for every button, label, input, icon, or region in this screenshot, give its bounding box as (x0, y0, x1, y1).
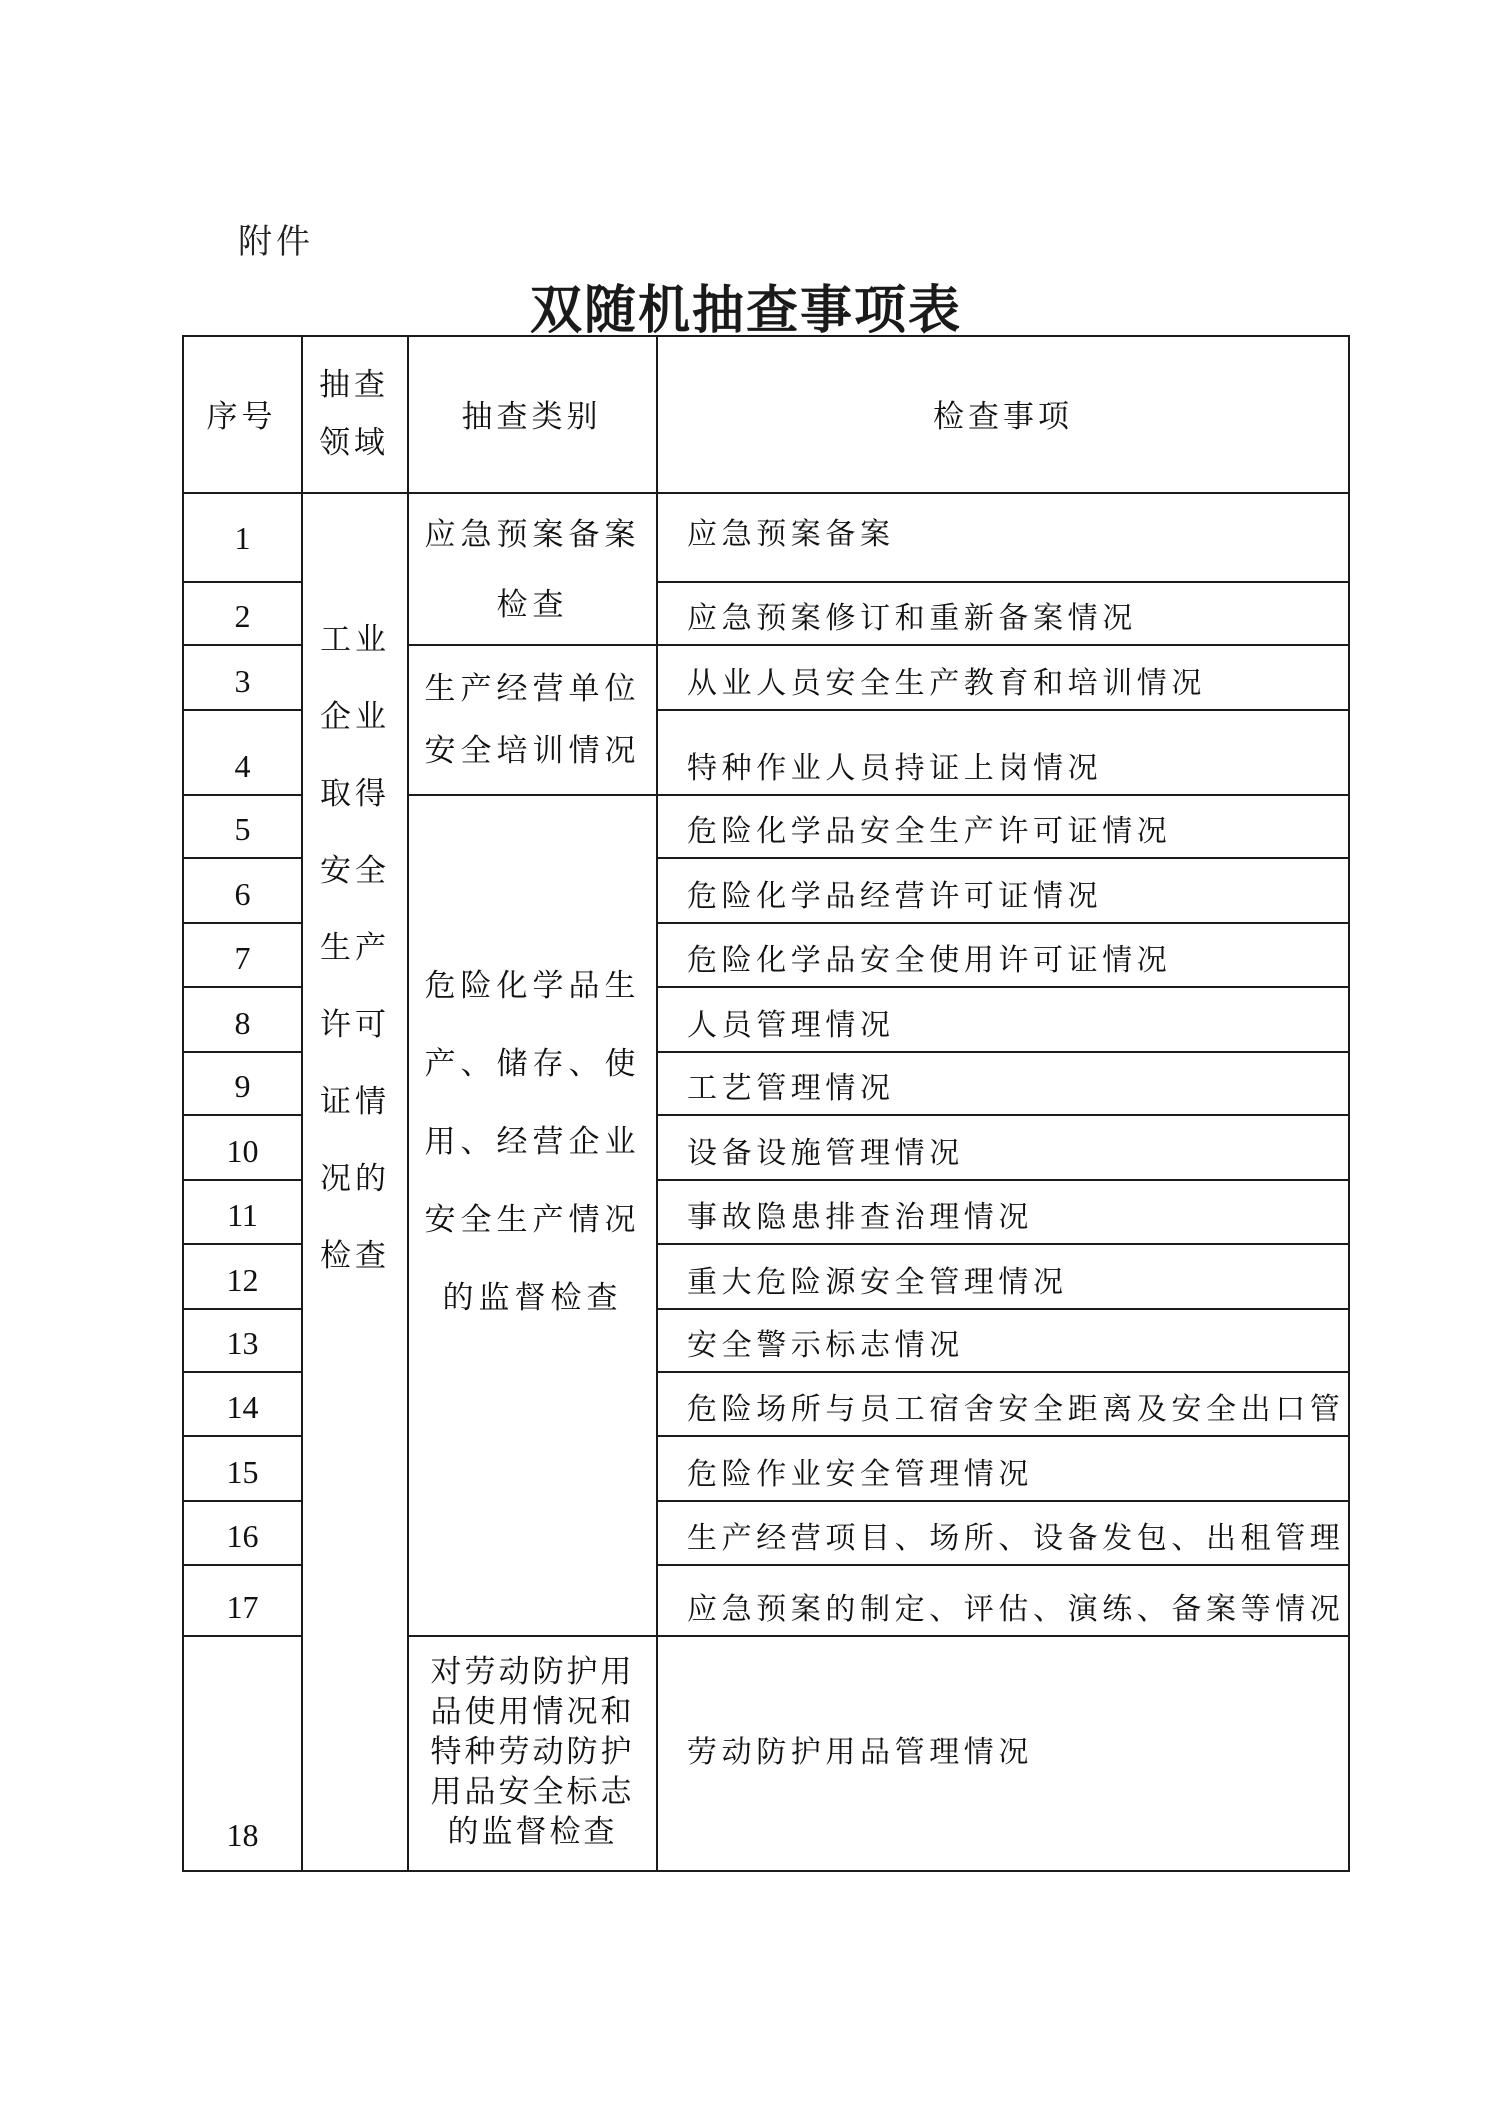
header-item-label: 检查事项 (933, 391, 1073, 436)
row-number: 9 (184, 1052, 301, 1115)
category-text-line: 特种劳动防护 (431, 1732, 635, 1772)
row-number: 12 (184, 1244, 301, 1309)
category-cell-2: 生产经营单位安全培训情况 (409, 645, 656, 795)
row-number: 16 (184, 1501, 301, 1565)
inspection-item: 危险化学品安全使用许可证情况 (673, 923, 1343, 987)
row-number: 3 (184, 645, 301, 710)
category-text-line: 品使用情况和 (431, 1692, 635, 1732)
inspection-item: 生产经营项目、场所、设备发包、出租管理 (673, 1501, 1343, 1565)
category-text-line: 应急预案备案 (425, 500, 641, 570)
inspection-item: 设备设施管理情况 (673, 1115, 1343, 1180)
row-number: 5 (184, 795, 301, 858)
category-text-line: 产、储存、使 (425, 1025, 641, 1103)
category-text-line: 的监督检查 (448, 1812, 618, 1852)
category-text-line: 用、经营企业 (425, 1103, 641, 1181)
inspection-item: 工艺管理情况 (673, 1052, 1343, 1115)
inspection-item: 危险化学品安全生产许可证情况 (673, 795, 1343, 858)
row-number: 18 (184, 1636, 301, 1872)
header-category-label: 抽查类别 (462, 391, 602, 436)
domain-text-line: 生产 (320, 910, 390, 987)
category-text-line: 对劳动防护用 (431, 1652, 635, 1692)
category-text-line: 用品安全标志 (431, 1772, 635, 1812)
inspection-item: 重大危险源安全管理情况 (673, 1244, 1343, 1309)
inspection-item: 危险作业安全管理情况 (673, 1436, 1343, 1501)
inspection-item: 危险化学品经营许可证情况 (673, 858, 1343, 923)
category-text-line: 的监督检查 (443, 1259, 623, 1337)
category-text-line: 检查 (497, 570, 569, 640)
category-text-line: 生产经营单位 (425, 658, 641, 720)
row-number: 15 (184, 1436, 301, 1501)
domain-text-line: 企业 (320, 679, 390, 756)
header-seq-label: 序号 (207, 391, 277, 436)
inspection-item: 人员管理情况 (673, 987, 1343, 1052)
domain-text-line: 证情 (320, 1064, 390, 1141)
row-number: 17 (184, 1565, 301, 1636)
column-divider (656, 335, 658, 1872)
inspection-item: 应急预案修订和重新备案情况 (673, 582, 1343, 645)
row-number: 4 (184, 710, 301, 795)
inspection-item: 危险场所与员工宿舍安全距离及安全出口管 (673, 1372, 1343, 1436)
row-number: 8 (184, 987, 301, 1052)
header-seq: 序号 (182, 335, 301, 492)
inspection-item: 安全警示标志情况 (673, 1309, 1343, 1372)
category-cell-3: 危险化学品生产、储存、使用、经营企业安全生产情况的监督检查 (409, 795, 656, 1636)
inspection-items-table: 序号 抽查 领域 抽查类别 检查事项 工业企业取得安全生产许可证情况的检查 应急… (182, 335, 1350, 1872)
row-number: 14 (184, 1372, 301, 1436)
domain-text-line: 安全 (320, 833, 390, 910)
header-domain-line: 抽查 (319, 356, 389, 414)
header-category: 抽查类别 (407, 335, 656, 492)
inspection-item: 劳动防护用品管理情况 (673, 1636, 1343, 1872)
header-item: 检查事项 (656, 335, 1350, 492)
domain-text-line: 检查 (320, 1218, 390, 1295)
row-number: 1 (184, 494, 301, 582)
row-number: 11 (184, 1180, 301, 1244)
domain-text-line: 况的 (320, 1141, 390, 1218)
category-text-line: 安全培训情况 (425, 720, 641, 782)
row-number: 2 (184, 582, 301, 645)
domain-text-line: 许可 (320, 987, 390, 1064)
category-cell-1: 应急预案备案检查 (409, 494, 656, 645)
domain-cell: 工业企业取得安全生产许可证情况的检查 (303, 494, 407, 1870)
row-number: 13 (184, 1309, 301, 1372)
category-text-line: 安全生产情况 (425, 1181, 641, 1259)
category-text-line: 危险化学品生 (425, 947, 641, 1025)
row-number: 7 (184, 923, 301, 987)
inspection-item: 应急预案备案 (673, 494, 1343, 582)
inspection-item: 特种作业人员持证上岗情况 (673, 710, 1343, 795)
inspection-item: 从业人员安全生产教育和培训情况 (673, 645, 1343, 710)
header-domain-line: 领域 (319, 414, 389, 472)
domain-text-line: 工业 (320, 602, 390, 679)
category-cell-4: 对劳动防护用品使用情况和特种劳动防护用品安全标志的监督检查 (409, 1636, 656, 1872)
header-domain: 抽查 领域 (301, 335, 407, 492)
row-number: 6 (184, 858, 301, 923)
table-border-right (1348, 335, 1350, 1872)
attachment-label: 附件 (238, 214, 314, 263)
inspection-item: 应急预案的制定、评估、演练、备案等情况 (673, 1565, 1343, 1636)
row-number: 10 (184, 1115, 301, 1180)
domain-text-line: 取得 (320, 756, 390, 833)
page-title: 双随机抽查事项表 (530, 268, 962, 343)
inspection-item: 事故隐患排查治理情况 (673, 1180, 1343, 1244)
